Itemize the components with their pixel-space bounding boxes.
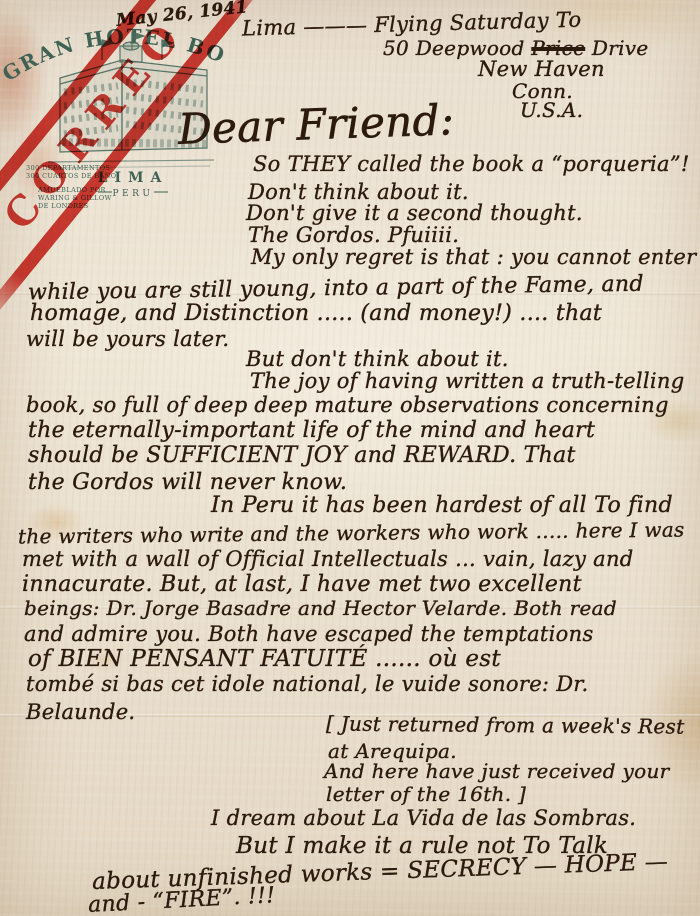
letter-line: homage, and Distinction ..... (and money… bbox=[30, 301, 602, 326]
letterhead-country: PERU bbox=[113, 189, 154, 199]
letter-line: should be SUFFICIENT JOY and REWARD. Tha… bbox=[28, 443, 576, 468]
letter-line: Belaunde. bbox=[26, 700, 135, 724]
letter-line: Don't give it a second thought. bbox=[246, 201, 583, 225]
letter-line: the Gordos will never know. bbox=[28, 470, 347, 495]
letter-line: will be yours later. bbox=[26, 327, 229, 351]
letter-line: I dream about La Vida de las Sombras. bbox=[211, 806, 636, 830]
address-country: U.S.A. bbox=[520, 98, 583, 122]
letter-line: So THEY called the book a “porqueria”! bbox=[253, 152, 690, 176]
letter-line: tombé si bas cet idole national, le vuid… bbox=[26, 672, 588, 696]
letter-line: and admire you. Both have escaped the te… bbox=[24, 622, 594, 646]
letter-line: the eternally-important life of the mind… bbox=[28, 418, 595, 443]
address-city: New Haven bbox=[478, 57, 605, 81]
letter-line: book, so full of deep deep mature observ… bbox=[26, 393, 669, 417]
letter-line: And here have just received your bbox=[324, 759, 670, 783]
letter-line: But don't think about it. bbox=[246, 347, 509, 371]
letter-line: beings: Dr. Jorge Basadre and Hector Vel… bbox=[24, 596, 617, 620]
letter-line: letter of the 16th. ] bbox=[326, 782, 526, 806]
letter-line: [ Just returned from a week's Rest bbox=[326, 711, 685, 738]
letter-page: GRAN HOTEL BOLIVAR bbox=[0, 0, 700, 916]
letter-line: innacurate. But, at last, I have met two… bbox=[22, 572, 582, 597]
stamp-text: CORREO AEREO bbox=[0, 0, 264, 322]
letter-line: My only regret is that : you cannot ente… bbox=[251, 245, 696, 269]
letter-line: of BIEN PENSANT FATUITÉ ...... où est bbox=[28, 646, 501, 672]
letter-line: In Peru it has been hardest of all To fi… bbox=[211, 493, 673, 518]
salutation: Dear Friend: bbox=[177, 95, 455, 154]
letter-line: the writers who write and the workers wh… bbox=[18, 518, 685, 549]
letter-line: met with a wall of Official Intellectual… bbox=[22, 547, 634, 571]
letter-line: The Gordos. Pfuiiii. bbox=[248, 223, 459, 247]
letter-line: The joy of having written a truth-tellin… bbox=[250, 369, 684, 393]
